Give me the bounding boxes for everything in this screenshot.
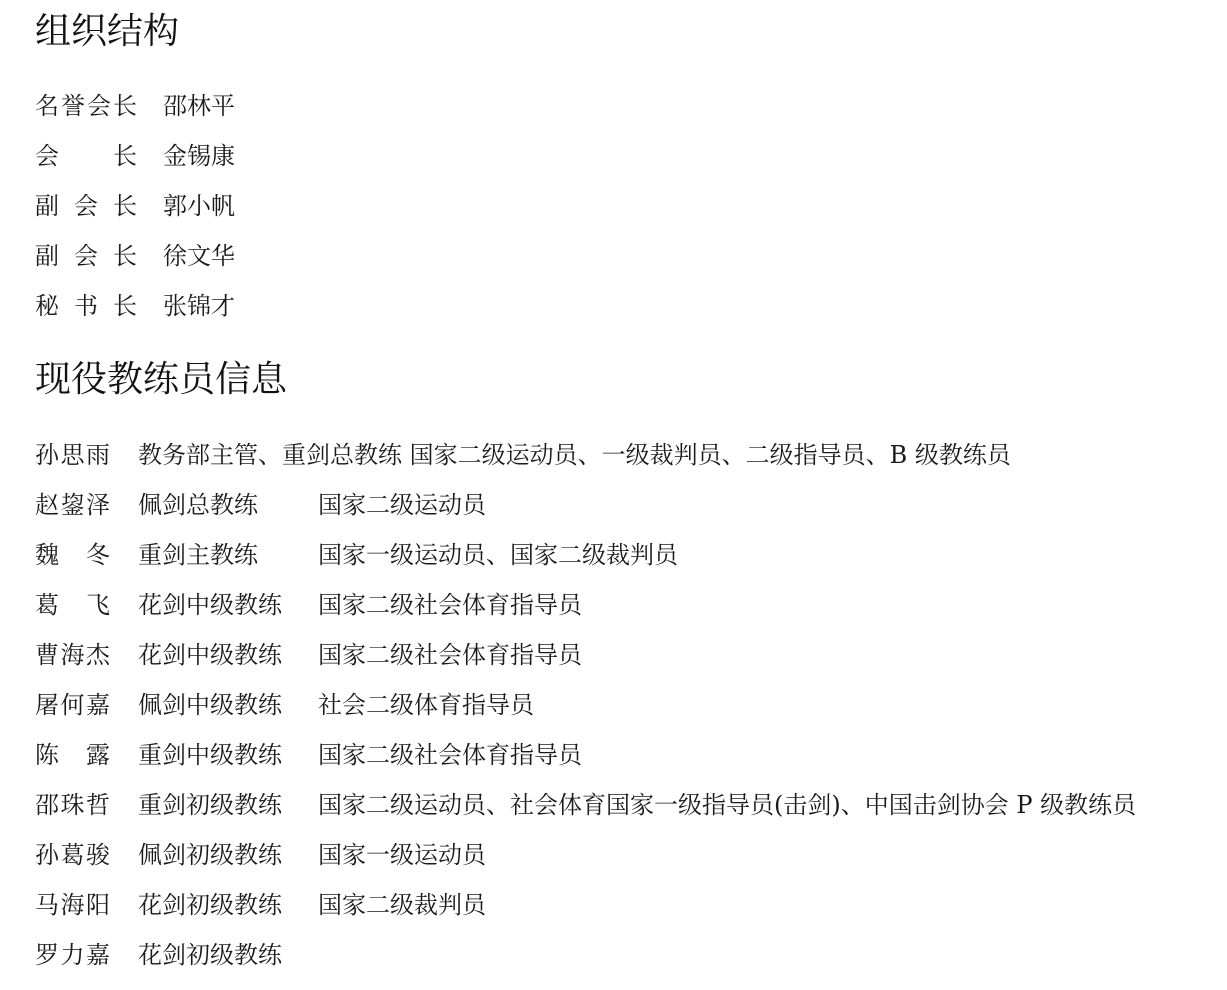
- coach-name: 陈露: [35, 735, 110, 775]
- coaches-heading: 现役教练员信息: [35, 360, 287, 400]
- coach-row: 马海阳花剑初级教练国家二级裁判员: [35, 885, 1225, 935]
- org-title-char: 会: [35, 136, 59, 176]
- org-title-char: 名: [35, 86, 59, 126]
- org-title: 秘书长: [35, 286, 137, 326]
- coach-name-char: 冬: [86, 535, 110, 575]
- coach-name: 马海阳: [35, 885, 110, 925]
- org-title-char: 誉: [61, 86, 85, 126]
- coach-name-char: 露: [86, 735, 110, 775]
- coach-name-char: 孙: [35, 835, 59, 875]
- coaches-list: 孙思雨教务部主管、重剑总教练 国家二级运动员、一级裁判员、二级指导员、B 级教练…: [35, 435, 1225, 985]
- coach-name-char: 阳: [86, 885, 110, 925]
- org-title-char: 长: [113, 186, 137, 226]
- coach-name-char: 珠: [61, 785, 85, 825]
- coach-name: 曹海杰: [35, 635, 110, 675]
- org-person-name: 郭小帆: [163, 186, 235, 226]
- coach-name-char: 杰: [86, 635, 110, 675]
- coach-name-char: 邵: [35, 785, 59, 825]
- coach-role: 花剑中级教练: [138, 585, 282, 625]
- coach-certification: 国家二级运动员、社会体育国家一级指导员(击剑)、中国击剑协会 P 级教练员: [318, 785, 1136, 825]
- coach-name-char: 海: [61, 635, 85, 675]
- coach-name-char: 马: [35, 885, 59, 925]
- org-title-char: 长: [113, 236, 137, 276]
- org-row: 会长金锡康: [35, 136, 435, 186]
- org-title-char: 副: [35, 186, 59, 226]
- coach-role: 重剑初级教练: [138, 785, 282, 825]
- org-title: 名誉会长: [35, 86, 137, 126]
- coach-row: 屠何嘉佩剑中级教练社会二级体育指导员: [35, 685, 1225, 735]
- org-row: 副会长郭小帆: [35, 186, 435, 236]
- org-title-char: 长: [113, 86, 137, 126]
- coach-role: 佩剑中级教练: [138, 685, 282, 725]
- coach-name-char: 鋆: [61, 485, 85, 525]
- org-person-name: 邵林平: [163, 86, 235, 126]
- coach-name-char: 孙: [35, 435, 59, 475]
- coach-name-char: 哲: [86, 785, 110, 825]
- org-title-char: 会: [87, 86, 111, 126]
- coach-name: 罗力嘉: [35, 935, 110, 975]
- org-title-char: 长: [113, 136, 137, 176]
- coach-row: 孙葛骏佩剑初级教练国家一级运动员: [35, 835, 1225, 885]
- org-row: 名誉会长邵林平: [35, 86, 435, 136]
- coach-name-char: 赵: [35, 485, 59, 525]
- coach-certification: 国家一级运动员: [318, 835, 486, 875]
- coach-role: 重剑中级教练: [138, 735, 282, 775]
- coach-certification: 国家二级裁判员: [318, 885, 486, 925]
- org-row: 秘书长张锦才: [35, 286, 435, 336]
- coach-certification: 国家二级运动员、一级裁判员、二级指导员、B 级教练员: [410, 441, 1011, 469]
- org-title-char: 秘: [35, 286, 59, 326]
- coach-certification: 国家二级社会体育指导员: [318, 635, 582, 675]
- coach-name: 葛飞: [35, 585, 110, 625]
- coach-name-char: 嘉: [86, 935, 110, 975]
- coach-role: 花剑初级教练: [138, 885, 282, 925]
- org-person-name: 张锦才: [163, 286, 235, 326]
- coach-name-char: 泽: [86, 485, 110, 525]
- org-row: 副会长徐文华: [35, 236, 435, 286]
- coach-role: 教务部主管、重剑总教练: [138, 441, 402, 469]
- coach-row: 魏冬重剑主教练国家一级运动员、国家二级裁判员: [35, 535, 1225, 585]
- coach-row: 陈露重剑中级教练国家二级社会体育指导员: [35, 735, 1225, 785]
- coach-certification: 国家一级运动员、国家二级裁判员: [318, 535, 678, 575]
- coach-name-char: 曹: [35, 635, 59, 675]
- coach-role: 佩剑总教练: [138, 485, 258, 525]
- org-structure-list: 名誉会长邵林平会长金锡康副会长郭小帆副会长徐文华秘书长张锦才: [35, 86, 435, 336]
- coach-row: 曹海杰花剑中级教练国家二级社会体育指导员: [35, 635, 1225, 685]
- coach-name-char: 思: [61, 435, 85, 475]
- coach-name-char: 何: [61, 685, 85, 725]
- org-title-char: 书: [74, 286, 98, 326]
- org-title: 副会长: [35, 236, 137, 276]
- org-person-name: 金锡康: [163, 136, 235, 176]
- coach-name-char: 雨: [86, 435, 110, 475]
- org-structure-heading: 组织结构: [35, 12, 179, 52]
- org-title-char: 长: [113, 286, 137, 326]
- coach-row: 赵鋆泽佩剑总教练国家二级运动员: [35, 485, 1225, 535]
- coach-row: 邵珠哲重剑初级教练国家二级运动员、社会体育国家一级指导员(击剑)、中国击剑协会 …: [35, 785, 1225, 835]
- coach-certification: 国家二级运动员: [318, 485, 486, 525]
- org-title-char: 会: [74, 236, 98, 276]
- coach-certification: 社会二级体育指导员: [318, 685, 534, 725]
- coach-name-char: 嘉: [86, 685, 110, 725]
- coach-name-char: 飞: [86, 585, 110, 625]
- org-person-name: 徐文华: [163, 236, 235, 276]
- coach-row: 罗力嘉花剑初级教练: [35, 935, 1225, 985]
- coach-role: 花剑中级教练: [138, 635, 282, 675]
- org-title: 会长: [35, 136, 137, 176]
- org-title-char: 会: [74, 186, 98, 226]
- coach-name: 邵珠哲: [35, 785, 110, 825]
- coach-name-char: 葛: [61, 835, 85, 875]
- coach-name-char: 陈: [35, 735, 59, 775]
- coach-certification: 国家二级社会体育指导员: [318, 585, 582, 625]
- coach-name: 屠何嘉: [35, 685, 110, 725]
- coach-role: 佩剑初级教练: [138, 835, 282, 875]
- coach-name-char: 葛: [35, 585, 59, 625]
- coach-name: 孙思雨: [35, 435, 110, 475]
- coach-name-char: 罗: [35, 935, 59, 975]
- coach-role: 花剑初级教练: [138, 935, 282, 975]
- coach-certification: 国家二级社会体育指导员: [318, 735, 582, 775]
- coach-name-char: 海: [61, 885, 85, 925]
- coach-row: 孙思雨教务部主管、重剑总教练 国家二级运动员、一级裁判员、二级指导员、B 级教练…: [35, 435, 1225, 485]
- coach-name-char: 魏: [35, 535, 59, 575]
- coach-name-char: 屠: [35, 685, 59, 725]
- org-title-char: 副: [35, 236, 59, 276]
- coach-name: 魏冬: [35, 535, 110, 575]
- org-title: 副会长: [35, 186, 137, 226]
- coach-name: 孙葛骏: [35, 835, 110, 875]
- coach-role: 重剑主教练: [138, 535, 258, 575]
- coach-name-char: 骏: [86, 835, 110, 875]
- coach-name-char: 力: [61, 935, 85, 975]
- coach-name: 赵鋆泽: [35, 485, 110, 525]
- coach-row: 葛飞花剑中级教练国家二级社会体育指导员: [35, 585, 1225, 635]
